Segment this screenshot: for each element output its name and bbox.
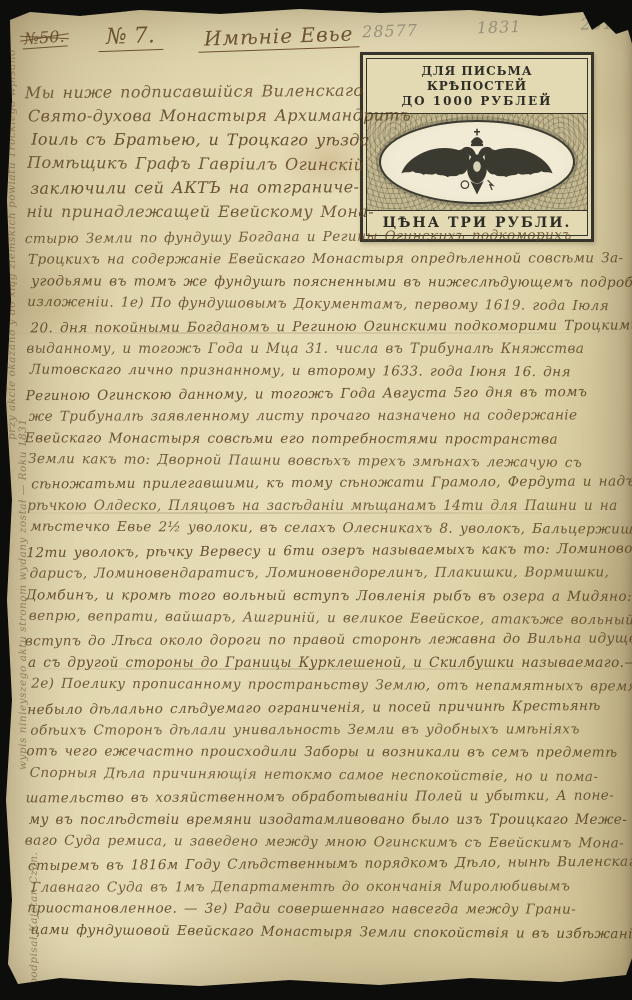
- manuscript-line: заключили сей АКТЪ на отграниче-: [30, 175, 360, 201]
- manuscript-line: выданному, и тогожъ Года и Мца 31. числа…: [26, 338, 604, 360]
- pencil-number: 1831: [476, 17, 521, 38]
- manuscript-line: Домбинъ, и кромѣ того вольный вступъ Лов…: [26, 584, 604, 608]
- manuscript-line: Евейскаго Монастыря совсѣми его потребно…: [25, 427, 603, 451]
- document-number: № 7.: [97, 23, 163, 52]
- manuscript-line: же Трибуналѣ заявленному листу прочаго н…: [29, 405, 607, 429]
- manuscript-line: 20. дня покойными Богданомъ и Региною Ог…: [30, 314, 608, 339]
- manuscript-line: мѣстечко Евье 2½ уволоки, въ селахъ Олес…: [30, 516, 608, 541]
- paper-sheet: №50. № 7. Имѣніе Евье 28577 1831 201 ДЛЯ…: [0, 0, 632, 1000]
- manuscript-line: рѣчкою Олдеско, Пляцовъ на засѣданіи мѣщ…: [27, 495, 605, 517]
- old-number-crossed-out: №50.: [21, 26, 67, 49]
- manuscript-line: Троцкихъ на содержаніе Евейскаго Монасты…: [28, 248, 606, 272]
- manuscript-line: му въ послѣдствіи времяни изодатамливова…: [29, 809, 607, 831]
- margin-note: przy akcie okazano y do xiąg ziemskich p…: [6, 49, 18, 440]
- header-annotations: №50. № 7. Имѣніе Евье: [22, 24, 359, 51]
- manuscript-opening: Мы ниже подписавшійся ВиленскагоСвято-ду…: [28, 80, 606, 224]
- manuscript-body: Мы ниже подписавшійся ВиленскагоСвято-ду…: [28, 80, 606, 943]
- manuscript-line: сѣножатьми прилегавшими, къ тому сѣножат…: [31, 471, 609, 496]
- pencil-number: 201: [580, 14, 614, 34]
- document-photo: №50. № 7. Имѣніе Евье 28577 1831 201 ДЛЯ…: [0, 0, 632, 1000]
- manuscript-line: Іоиль съ Братьею, и Троцкаго уѣзда: [31, 128, 361, 153]
- manuscript-line: Главнаго Суда въ 1мъ Департаментѣ до око…: [31, 875, 609, 899]
- manuscript-line: 12ти уволокъ, рѣчку Вервесу и 6ти озеръ …: [26, 538, 604, 565]
- manuscript-line: 2е) Поелику прописанному пространьству З…: [31, 673, 609, 698]
- manuscript-line: вступъ до Лѣса около дороги по правой ст…: [25, 628, 603, 653]
- margin-note: podpisał Kajetan Czan.: [28, 852, 40, 985]
- manuscript-line: угодьями въ томъ же фундушѣ поясненными …: [31, 270, 609, 294]
- manuscript-main: стырю Земли по фундушу Богдана и Регины …: [28, 226, 606, 943]
- manuscript-line: Региною Огинскою данному, и тогожъ Года …: [26, 381, 604, 408]
- manuscript-line: Литовскаго лично признанному, и второму …: [30, 359, 608, 384]
- pencil-annotations: 28577 1831 201: [362, 14, 615, 42]
- manuscript-line: стыремъ въ 1816м Году Слѣдственнымъ поря…: [28, 851, 606, 878]
- document-title: Имѣніе Евье: [197, 21, 359, 53]
- manuscript-line: а съ другой стороны до Границы Курклешен…: [28, 652, 606, 674]
- pencil-number: 28577: [362, 20, 419, 41]
- manuscript-line: приостановленное. — 3е) Ради совершеннаг…: [27, 897, 605, 921]
- manuscript-line: ніи принадлежащей Евейскому Мона-: [26, 200, 356, 224]
- manuscript-line: Помѣщикъ Графъ Гавріилъ Огинскій: [27, 151, 357, 177]
- manuscript-line: отъ чего ежечастно происходили Заборы и …: [26, 741, 604, 765]
- manuscript-line: дарисъ, Ломиновендаратисъ, Ломиновендоре…: [30, 561, 608, 585]
- manuscript-line: цами фундушовой Евейскаго Монастыря Земл…: [30, 918, 608, 945]
- manuscript-line: изложеніи. 1е) По фундушовымъ Документам…: [27, 291, 605, 318]
- margin-note: wypis ninieyszego aktu stronom wydany zo…: [17, 418, 29, 770]
- manuscript-line: обѣихъ Сторонъ дѣлали унивальность Земли…: [30, 718, 608, 742]
- manuscript-line: шательство въ хозяйственномъ обработыван…: [26, 785, 604, 810]
- manuscript-line: небыло дѣлально слѣдуемаго ограниченія, …: [27, 694, 605, 721]
- manuscript-line: Мы ниже подписавшійся Виленскаго: [25, 79, 355, 105]
- manuscript-line: Свято-духова Монастыря Архимандритъ: [28, 104, 358, 129]
